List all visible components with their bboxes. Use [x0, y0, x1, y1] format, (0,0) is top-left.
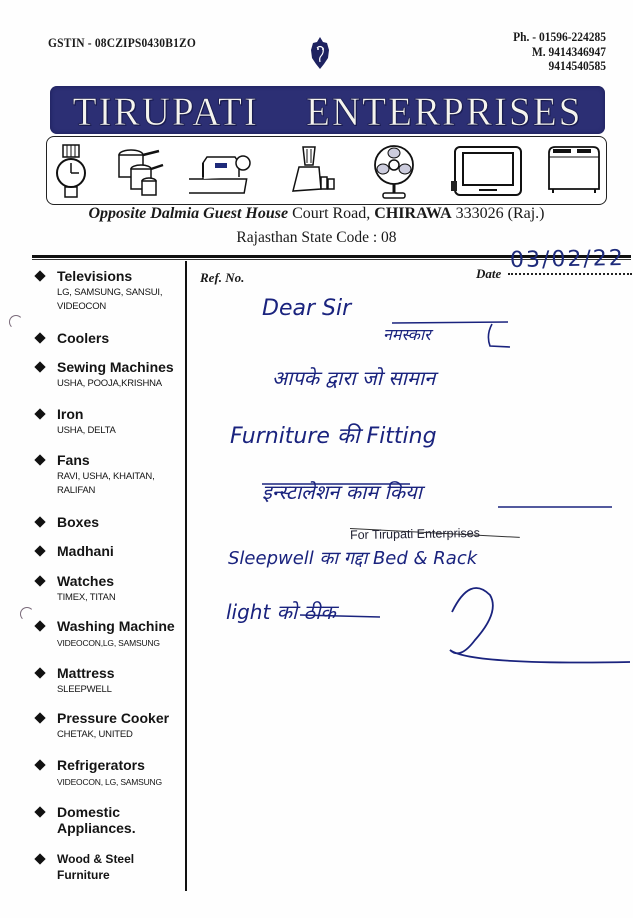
category-name: Fans [57, 452, 90, 468]
pressure-cooker-icon [113, 143, 165, 199]
company-name: TIRUPATI ENTERPRISES [56, 88, 600, 135]
handwritten-line: इन्स्टालेशन काम किया [262, 478, 422, 505]
category-brands: USHA, DELTA [57, 424, 192, 438]
category-name: Madhani [57, 543, 114, 559]
category-brands: SLEEPWELL [57, 683, 192, 697]
diamond-bullet-icon [34, 454, 45, 465]
category-name: Sewing Machines [57, 359, 174, 375]
phone-landline: Ph. - 01596-224285 [513, 30, 606, 45]
diamond-bullet-icon [34, 667, 45, 678]
washing-machine-icon [543, 143, 603, 199]
category-brands: CHETAK, UNITED [57, 728, 192, 742]
diamond-bullet-icon [34, 712, 45, 723]
phone-mobile-2: 9414540585 [513, 59, 606, 74]
handwritten-line: आपके द्वारा जो सामान [272, 364, 435, 391]
ref-no-label: Ref. No. [200, 270, 244, 286]
diamond-bullet-icon [34, 853, 45, 864]
category-name: Iron [57, 406, 83, 422]
category-name: Refrigerators [57, 757, 145, 773]
category-name: Domestic Appliances. [57, 804, 137, 836]
address-city: CHIRAWA [374, 205, 451, 222]
category-name: Wood & Steel Furniture [57, 851, 147, 883]
category-name: Televisions [57, 268, 132, 284]
date-field-line [508, 273, 632, 275]
diamond-bullet-icon [34, 332, 45, 343]
handwritten-line: Sleepwell का गद्दा Bed & Rack [228, 546, 477, 570]
diamond-bullet-icon [34, 516, 45, 527]
handwritten-salutation: Dear Sir [262, 296, 351, 321]
category-name: Boxes [57, 514, 99, 530]
watch-icon [51, 143, 91, 199]
category-name: Washing Machine [57, 618, 175, 634]
phone-mobile-1: M. 9414346947 [513, 45, 606, 60]
address-pincode: 333026 (Raj.) [452, 205, 545, 222]
diamond-bullet-icon [34, 575, 45, 586]
diamond-bullet-icon [34, 270, 45, 281]
diamond-bullet-icon [34, 759, 45, 770]
table-fan-icon [369, 143, 419, 201]
category-brands: RAVI, USHA, KHAITAN, RALIFAN [57, 470, 177, 498]
business-address: Opposite Dalmia Guest House Court Road, … [0, 205, 633, 223]
handwritten-line: light को ठीक [226, 598, 336, 625]
category-name: Watches [57, 573, 114, 589]
company-stamp: For Tirupati Enterprises [350, 526, 480, 542]
category-brands: VIDEOCON,LG, SAMSUNG [57, 636, 192, 650]
diamond-bullet-icon [34, 545, 45, 556]
address-street: Court Road, [288, 205, 374, 222]
date-label: Date [476, 266, 501, 282]
category-brands: USHA, POOJA,KRISHNA [57, 377, 192, 391]
sidebar-divider [185, 261, 187, 891]
gstin: GSTIN - 08CZIPS0430B1ZO [48, 36, 196, 51]
punch-hole-mark-top [9, 315, 23, 329]
category-brands: VIDEOCON, LG, SAMSUNG [57, 775, 192, 789]
product-strip [46, 136, 607, 205]
mixer-grinder-icon [285, 143, 341, 199]
handwritten-line: Furniture की Fitting [230, 420, 437, 450]
diamond-bullet-icon [34, 620, 45, 631]
date-value: 03/02/22 [510, 246, 625, 273]
ganesha-icon [309, 36, 331, 70]
category-name: Mattress [57, 665, 115, 681]
diamond-bullet-icon [34, 361, 45, 372]
category-brands: LG, SAMSUNG, SANSUI, VIDEOCON [57, 286, 192, 314]
diamond-bullet-icon [34, 408, 45, 419]
address-landmark: Opposite Dalmia Guest House [89, 205, 289, 222]
handwritten-greeting: नमस्कार [383, 323, 431, 345]
category-name: Pressure Cooker [57, 710, 169, 726]
sewing-machine-icon [189, 143, 259, 199]
punch-hole-mark-bottom [20, 607, 34, 621]
category-name: Coolers [57, 330, 109, 346]
category-brands: TIMEX, TITAN [57, 591, 192, 605]
company-banner: TIRUPATI ENTERPRISES [50, 86, 605, 134]
diamond-bullet-icon [34, 806, 45, 817]
state-code: Rajasthan State Code : 08 [0, 229, 633, 247]
phone-numbers: Ph. - 01596-224285 M. 9414346947 9414540… [513, 30, 606, 74]
television-icon [449, 143, 525, 199]
